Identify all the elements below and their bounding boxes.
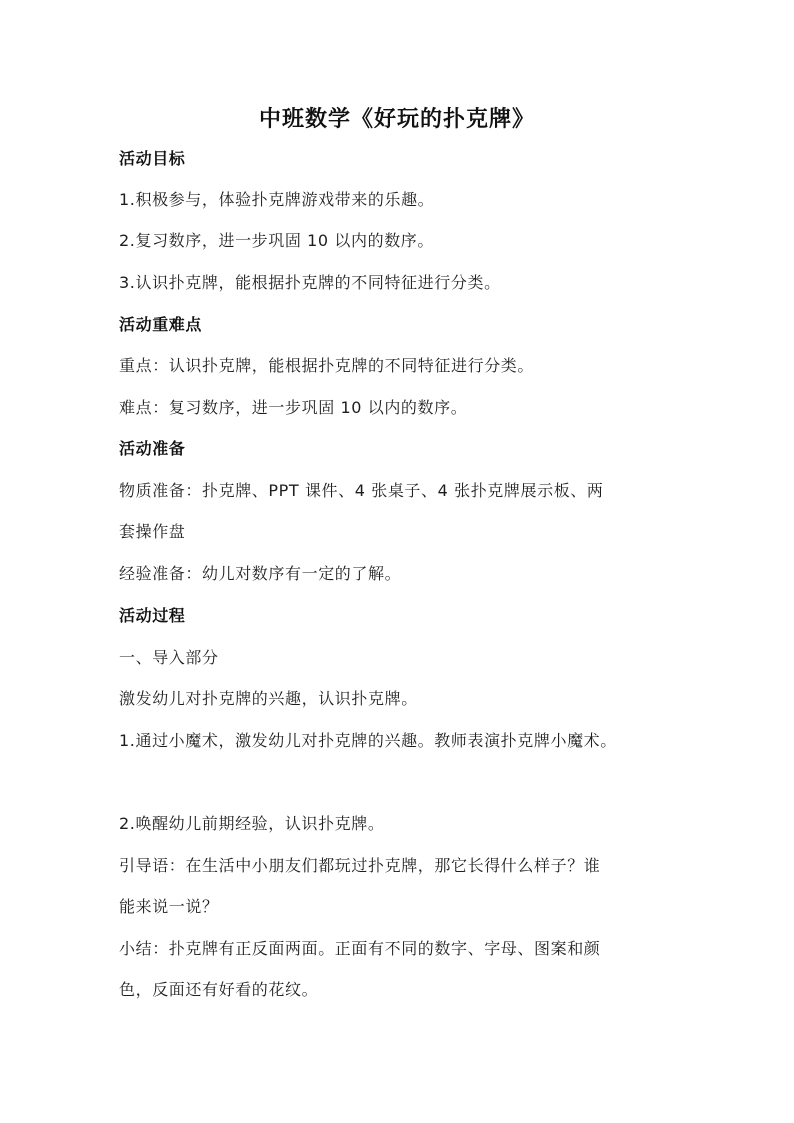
process-part-title: 一、导入部分 <box>119 648 219 668</box>
section-heading-goals: 活动目标 <box>119 149 185 169</box>
material-preparation-line: 物质准备：扑克牌、PPT 课件、4 张桌子、4 张扑克牌展示板、两 <box>119 481 604 501</box>
summary-line: 小结：扑克牌有正反面两面。正面有不同的数字、字母、图案和颜 <box>119 939 600 959</box>
guide-speech-line: 能来说一说？ <box>119 897 219 917</box>
experience-preparation: 经验准备：幼儿对数序有一定的了解。 <box>119 564 401 584</box>
process-part-intro: 激发幼儿对扑克牌的兴趣，认识扑克牌。 <box>119 689 418 709</box>
goal-item: 1.积极参与，体验扑克牌游戏带来的乐趣。 <box>119 190 434 210</box>
guide-speech-line: 引导语：在生活中小朋友们都玩过扑克牌，那它长得什么样子？谁 <box>119 856 600 876</box>
section-heading-key-points: 活动重难点 <box>119 315 202 335</box>
goal-item: 3.认识扑克牌，能根据扑克牌的不同特征进行分类。 <box>119 273 501 293</box>
process-step: 2.唤醒幼儿前期经验，认识扑克牌。 <box>119 814 384 834</box>
document-page: 中班数学《好玩的扑克牌》 活动目标 1.积极参与，体验扑克牌游戏带来的乐趣。 2… <box>0 0 794 1123</box>
key-point-item: 难点：复习数序，进一步巩固 10 以内的数序。 <box>119 398 467 418</box>
section-heading-preparation: 活动准备 <box>119 439 185 459</box>
process-step: 1.通过小魔术，激发幼儿对扑克牌的兴趣。教师表演扑克牌小魔术。 <box>119 731 617 751</box>
section-heading-process: 活动过程 <box>119 606 185 626</box>
document-title: 中班数学《好玩的扑克牌》 <box>0 102 794 133</box>
summary-line: 色，反面还有好看的花纹。 <box>119 980 318 1000</box>
material-preparation-line: 套操作盘 <box>119 522 185 542</box>
goal-item: 2.复习数序，进一步巩固 10 以内的数序。 <box>119 231 434 251</box>
key-point-item: 重点：认识扑克牌，能根据扑克牌的不同特征进行分类。 <box>119 356 534 376</box>
